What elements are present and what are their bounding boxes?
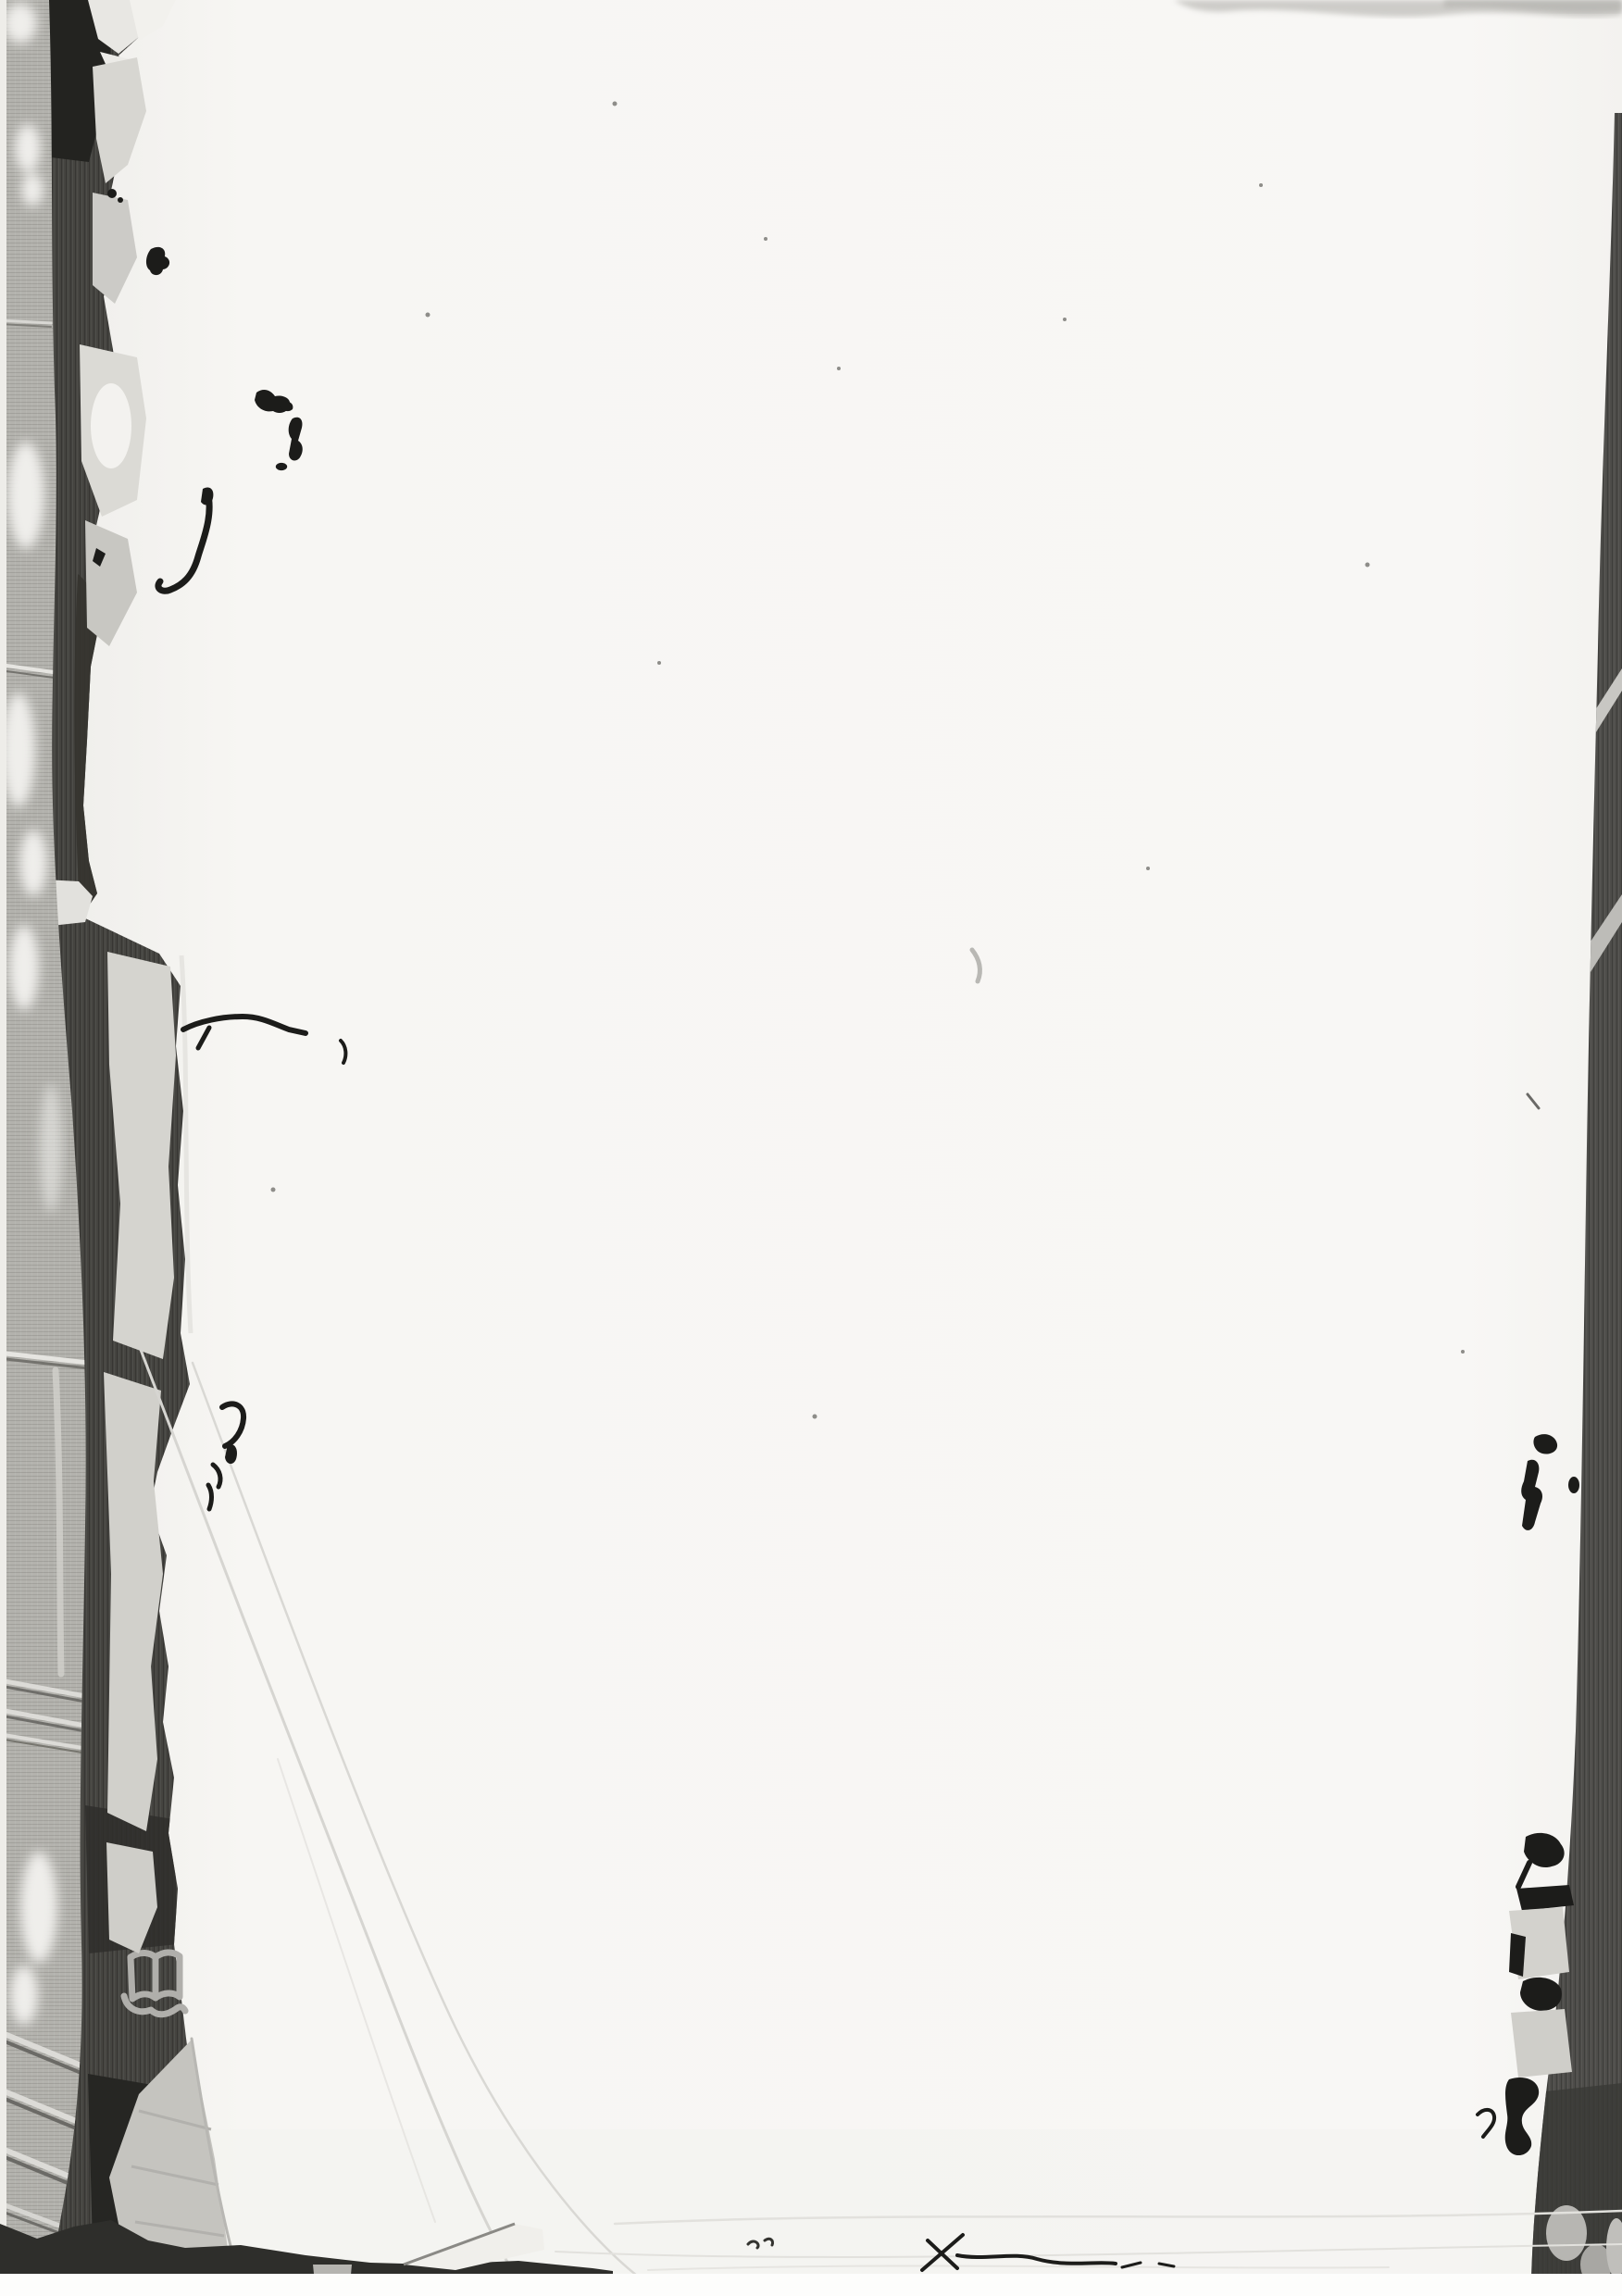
- speck-gutter-1: [107, 189, 117, 198]
- book-scan: open book emblem stamped on binding: [0, 0, 1622, 2296]
- fragment-3-highlight: [91, 383, 131, 468]
- bottom-scan-margin: [0, 2274, 1622, 2296]
- fragment-column-lower: [104, 1372, 163, 1831]
- scan-left-sliver: [0, 0, 6, 2296]
- blank-page: [56, 0, 1622, 2276]
- edge-damage-fragment2: [1511, 2009, 1572, 2078]
- edge-damage-notch: [1509, 1933, 1526, 1977]
- crack-cluster-a3: [276, 463, 287, 470]
- scanned-book-page: open book emblem stamped on binding: [0, 0, 1622, 2296]
- fragment-column-upper: [107, 952, 176, 1359]
- page-surface: [56, 0, 1622, 2276]
- crack-f-dot: [1568, 1477, 1579, 1493]
- speck-gutter-2: [118, 197, 123, 203]
